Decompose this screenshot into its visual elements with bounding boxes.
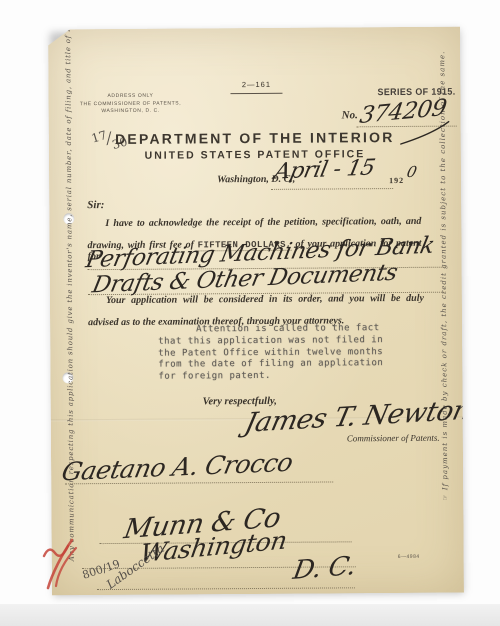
- year-printed: 192: [389, 176, 404, 185]
- salutation: Sir:: [87, 199, 104, 211]
- signer-title: Commissioner of Patents.: [347, 433, 440, 444]
- office-title: UNITED STATES PATENT OFFICE: [79, 148, 431, 162]
- number-label: No.: [342, 109, 358, 121]
- address-block: ADDRESS ONLY THE COMMISSIONER OF PATENTS…: [74, 92, 186, 115]
- left-margin-note: Any communication respecting this applic…: [64, 61, 75, 561]
- date-handwritten: April - 15: [272, 155, 377, 184]
- attention-stamp: Attention is called to the fact that thi…: [158, 323, 424, 384]
- body-paragraph1-line1: I have to acknowledge the receipt of the…: [105, 216, 421, 229]
- date-ruled-line: [271, 188, 393, 190]
- body-paragraph2-line1: Your application will be considered in i…: [106, 293, 424, 306]
- department-title: DEPARTMENT OF THE INTERIOR: [79, 129, 431, 147]
- form-number-bottom: 6—4984: [398, 554, 420, 560]
- address-line: WASHINGTON, D. C.: [75, 107, 187, 115]
- attorney-state: D. C.: [291, 551, 358, 586]
- closing: Very respectfully,: [203, 396, 277, 408]
- red-crayon-marks: [40, 534, 84, 596]
- year-handwritten: 0: [405, 163, 418, 181]
- letter-sheet: Any communication respecting this applic…: [48, 27, 464, 596]
- scan-background-band: [0, 604, 500, 626]
- attorney-ruled-line-3: [97, 587, 355, 590]
- applicant-name: Gaetano A. Crocco: [59, 448, 295, 487]
- stamp-line: for foreign patent.: [158, 370, 424, 384]
- form-number-top: 2—161: [230, 80, 282, 94]
